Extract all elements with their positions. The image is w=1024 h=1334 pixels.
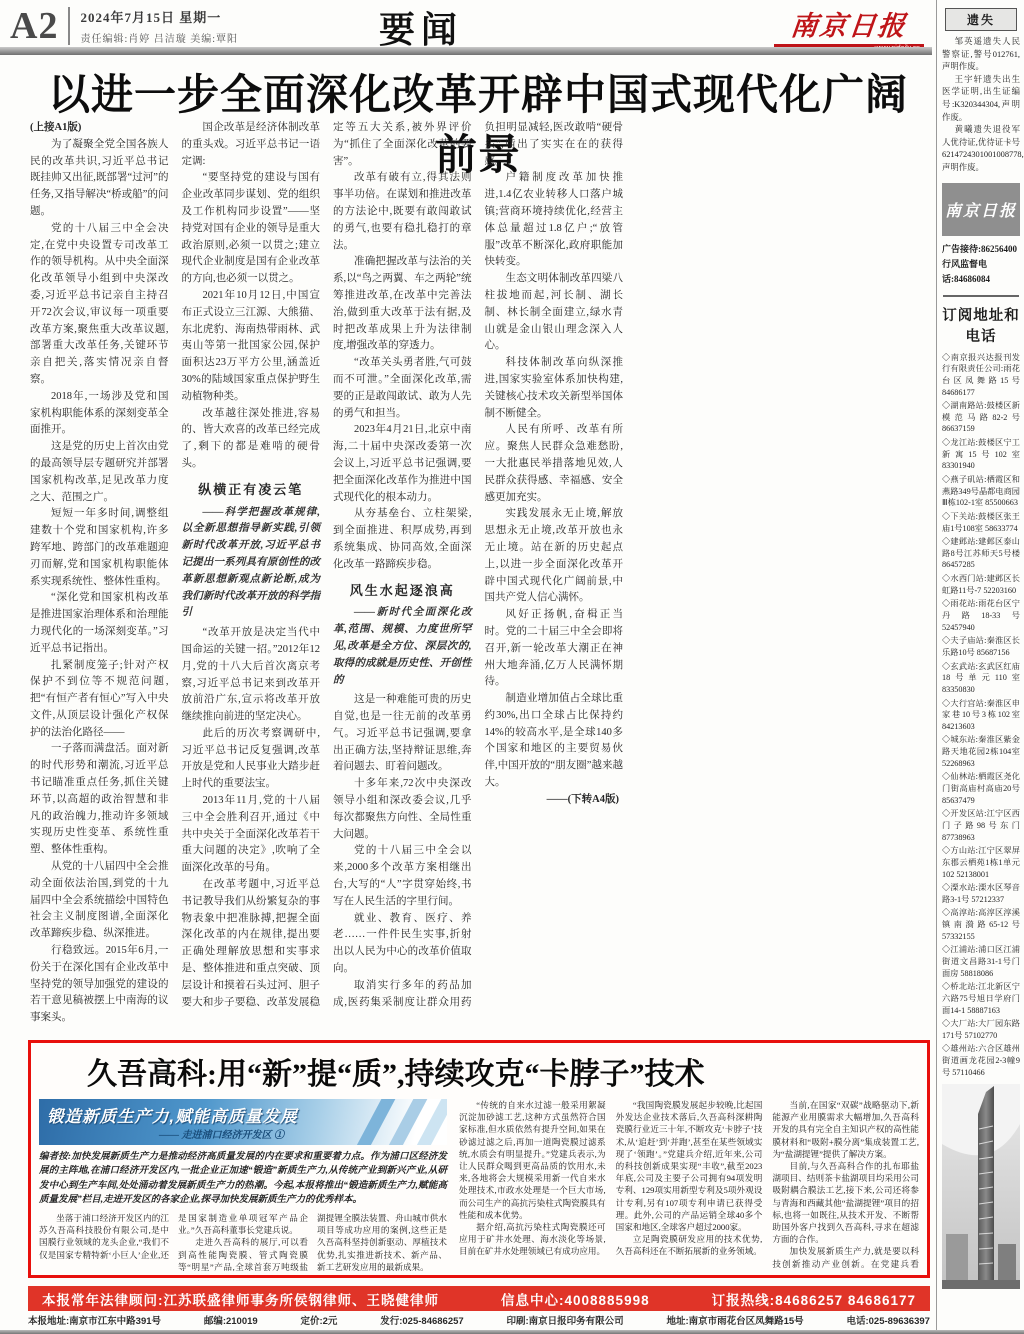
editor-note: 编者按:加快发展新质生产力是推动经济高质量发展的内在要求和重要着力点。作为浦口区… [39,1150,447,1207]
article-paragraph: 科技体制改革向纵深推进,国家实验室体系加快构建,关键核心技术攻关新型举国体制不断… [485,355,624,422]
article-paragraph: 十多年来,72次中央深改领导小组和深改委会议,几乎每次都聚焦方向性、全局性重大问… [333,776,472,843]
article-paragraph: 党的十八届三中全会以来,2000多个改革方案相继出台,大写的“人”字贯穿始终,书… [333,843,472,910]
station-entry: ◇大厂站:大厂园东路171号 57102770 [942,1018,1020,1041]
circulation-phone: 发行:025-84686257 [380,1313,463,1327]
article-paragraph: 党的十八届三中全会决定,在党中央设置专司改革工作的领导机构。从中央全面深化改革领… [30,221,169,389]
classifieds-sidebar: 遗失 邹英遥遗失人民警察证,警号012761,声明作废。王宇轩遗失出生医学证明,… [936,0,1024,1330]
article-paragraph: “深化党和国家机构改革是推进国家治理体系和治理能力现代化的一场深刻变革。”习近平… [30,590,169,657]
editor-note-label: 编者按: [39,1152,71,1162]
station-entry: ◇玄武站:玄武区红庙18号单元110室 83350830 [942,661,1020,696]
printing-company: 印刷:南京日报印务有限公司 [506,1313,623,1327]
article-paragraph: 这是党的历史上首次由党的最高领导层专题研究并部署国家机构改革,足见改革力度之大、… [30,439,169,506]
station-entry: ◇高淳站:高淳区淳溪镇南漪路65-12号 57332155 [942,907,1020,942]
lost-notice-title: 遗失 [945,8,1017,31]
feature-paragraph: “传统的自来水过滤一般采用絮凝沉淀加砂滤工艺,这种方式虽然符合国家标准,但水质依… [459,1099,606,1221]
station-entry: ◇南京报兴达报刊发行有限责任公司:雨花台区凤舞路15号 84686177 [942,352,1020,399]
feature-paragraph: 立足陶瓷膜研发应用的技术优势,久吾高科还在不断拓展新的业务领域。 [616,1233,763,1257]
page-bottom-bar [0,1330,1024,1334]
station-entry: ◇夫子庙站:秦淮区长乐路10号 85687156 [942,635,1020,658]
legal-counsel-text: 本报常年法律顾问:江苏联盛律师事务所侯钢律师、王晓健律师 [42,1289,439,1309]
article-paragraph: 这是一种难能可贵的历史自觉,也是一往无前的改革勇气。习近平总书记强调,要拿出正确… [333,692,472,776]
article-paragraph: 户籍制度改革加快推进,1.4亿农业转移人口落户城镇;营商环境持续优化,经营主体总… [485,170,624,271]
station-entry: ◇桥北站:江北新区宁六路75号旭日学府门面14-1 58887163 [942,981,1020,1016]
article-paragraph: 扎紧制度笼子;针对产权保护不到位等不规范问题,把“有恒产者有恒心”写入中央文件,… [30,658,169,742]
article-paragraph: “要坚持党的建设与国有企业改革同步谋划、党的组织及工作机构同步设置”——坚持党对… [182,170,321,288]
series-banner: 锻造新质生产力,赋能高质量发展 —— 走进浦口经济开发区 ① [39,1099,447,1145]
article-paragraph: “改革关头勇者胜,气可鼓而不可泄。”全面深化改革,需要的正是敢闯敢试、敢为人先的… [333,355,472,422]
feature-paragraph: 据介绍,高抗污染柱式陶瓷膜还可应用于矿井水处理、海水淡化等场景,目前在矿井水处理… [459,1221,606,1258]
feature-left-column: 锻造新质生产力,赋能高质量发展 —— 走进浦口经济开发区 ① 编者按:加快发展新… [39,1099,447,1278]
feature-left-text: 坐落于浦口经济开发区内的江苏久吾高科技股份有限公司,是中国膜行业领域的龙头企业,… [39,1212,447,1274]
station-entry: ◇龙江站:鼓楼区宁工新寓15号102室 83301940 [942,437,1020,472]
article-paragraph: 准确把握改革与法治的关系,以“鸟之两翼、车之两轮”统筹推进改革,在改革中完善法治… [333,254,472,355]
subscription-title: 订阅地址和电话 [942,304,1020,346]
section-title: 要闻 [0,2,842,53]
article-paragraph: 2023年4月21日,北京中南海,二十届中央深改委第一次会议上,习近平总书记强调… [333,422,472,506]
station-entry: ◇下关站:鼓楼区张王庙1号108室 58633774 [942,511,1020,534]
station-entry: ◇雨花站:雨花台区宁丹路18-33号 52457940 [942,598,1020,633]
section-lead: ——新时代全面深化改革,范围、规模、力度世所罕见,改革是全方位、深层次的,取得的… [333,605,472,689]
lost-notice-list: 邹英遥遗失人民警察证,警号012761,声明作废。王宇轩遗失出生医学证明,出生证… [942,36,1020,175]
feature-paragraph: “我国陶瓷膜发展起步较晚,比起国外发达企业技术落后,久吾高科深耕陶瓷膜行业近三十… [616,1099,763,1233]
station-entry: ◇城东站:秦淮区紫金路天地花园2栋104室 52268963 [942,734,1020,769]
article-paragraph: 制造业增加值占全球比重约30%,出口全球占比保持约14%的较高水平,是全球140… [485,691,624,792]
article-paragraph: “改革开放是决定当代中国命运的关键一招。”2012年12月,党的十八大后首次离京… [182,625,321,726]
masthead-logo: 南京日报 [772,4,926,43]
feature-right-column: “传统的自来水过滤一般采用絮凝沉淀加砂滤工艺,这种方式虽然符合国家标准,但水质依… [459,1099,919,1278]
article-paragraph: 改革越往深处推进,容易的、皆大欢喜的改革已经完成了,剩下的都是难啃的硬骨头。 [182,406,321,473]
footer-info-line: 本报地址:南京市江东中路391号 邮编:210019 定价:2元 发行:025-… [28,1313,930,1327]
info-center-phone: 信息中心:4008885998 [501,1289,650,1309]
feature-body: 锻造新质生产力,赋能高质量发展 —— 走进浦口经济开发区 ① 编者按:加快发展新… [39,1099,919,1278]
article-paragraph: 2021年10月12日,中国宣布正式设立三江源、大熊猫、东北虎豹、海南热带雨林、… [182,288,321,406]
station-entry: ◇开发区站:江宁区西门子路98号东门 87738963 [942,808,1020,843]
price: 定价:2元 [300,1313,337,1327]
lost-notice: 邹英遥遗失人民警察证,警号012761,声明作废。 [942,36,1020,74]
series-banner-title: 锻造新质生产力,赋能高质量发展 [47,1103,298,1127]
masthead: 南京日报 www.njdaily.cn [774,4,924,53]
station-entry: ◇大行宫站:秦淮区申家巷10号3栋102室 84213603 [942,698,1020,733]
lost-notice: 王宇轩遗失出生医学证明,出生证编号:K320344304,声明作废。 [942,74,1020,124]
station-entry: ◇雄州站:六合区雄州街道画龙花园2-3幢9号 57110466 [942,1043,1020,1078]
article-paragraph: 一子落而满盘活。面对新的时代形势和潮流,习近平总书记瞄准重点任务,抓住关键环节,… [30,741,169,859]
article-paragraph: 行稳致远。2015年6月,一份关于在深化国有企业改革中坚持党的领导加强党的建设的… [30,943,169,1027]
newspaper-page: A2 2024年7月15日 星期一 责任编辑:肖婷 吕洁璇 美编:覃阳 要闻 南… [0,0,1024,1334]
lost-notice: 黄曦遗失退役军人优待证,优待证卡号6214724301001008778,声明作… [942,124,1020,174]
series-banner-subtitle: —— 走进浦口经济开发区 ① [159,1126,284,1141]
header-divider-bar [0,47,932,55]
feature-headline: 久吾高科:用“新”提“质”,持续攻克“卡脖子”技术 [87,1049,919,1093]
subscription-hotline: 订报热线:84686257 84686177 [712,1289,916,1309]
sidebar-divider [943,295,1019,297]
ad-phone: 广告接待:86256400 [942,242,1020,257]
feature-paragraph: 目前,与久吾高科合作的扎布耶盐湖项目、结则茶卡盐湖项目均采用公司吸附耦合膜法工艺… [772,1160,919,1245]
article-paragraph: 风好正扬帆,奋楫正当时。党的二十届三中全会即将召开,新一轮改革大潮正在神州大地奔… [485,607,624,691]
editor-note-text: 加快发展新质生产力是推动经济高质量发展的内在要求和重要着力点。作为浦口区经济发展… [39,1152,447,1205]
postcode: 邮编:210019 [204,1313,258,1327]
station-entry: ◇湖南路站:鼓楼区新模范马路82-2号 86637159 [942,400,1020,435]
article-paragraph: 短短一年多时间,调整组建数十个党和国家机构,许多跨军地、跨部门的改革难题迎刃而解… [30,506,169,590]
section-lead: ——科学把握改革规律,以全新思想指导新实践,引领新时代改革开放,习近平总书记提出… [182,505,321,623]
article-paragraph: 人民有所呼、改革有所应。聚焦人民群众急难愁盼,一大批惠民举措落地见效,人民群众获… [485,422,624,506]
feature-article-box: 久吾高科:用“新”提“质”,持续攻克“卡脖子”技术 锻造新质生产力,赋能高质量发… [28,1040,930,1278]
article-paragraph: 从夯基垒台、立柱架梁,到全面推进、积厚成势,再到系统集成、协同高效,全面深化改革… [333,506,472,573]
station-entry: ◇建邺站:建邺区泰山路8号江苏师天5号楼 86457285 [942,536,1020,571]
feature-right-text: “传统的自来水过滤一般采用絮凝沉淀加砂滤工艺,这种方式虽然符合国家标准,但水质依… [459,1099,919,1278]
station-entry: ◇江浦站:浦口区江浦街道文昌路31-1号门面房 58818086 [942,944,1020,979]
sidebar-masthead-logo: 南京日报 [942,183,1020,236]
article-paragraph: 生态文明体制改革四梁八柱拔地而起,河长制、湖长制、林长制全面建立,绿水青山就是金… [485,271,624,355]
sidebar-phones: 广告接待:86256400 行风监督电话:84686084 [942,242,1020,288]
station-entry: ◇方山站:江宁区翠屏东郡云栖苑1栋1单元102 52138001 [942,845,1020,880]
printing-phone: 电话:025-89636397 [846,1313,929,1327]
paper-address: 本报地址:南京市江东中路391号 [28,1313,161,1327]
article-paragraph: 此后的历次考察调研中,习近平总书记反复强调,改革开放是党和人民事业大踏步赶上时代… [182,726,321,793]
station-entry: ◇溧水站:溧水区琴音路3-1号 57212337 [942,882,1020,905]
subscription-station-list: ◇南京报兴达报刊发行有限责任公司:雨花台区凤舞路15号 84686177◇湖南路… [942,352,1020,1079]
continuation-label: (上接A1版) [30,120,169,137]
article-paragraph: 实践发展永无止境,解放思想永无止境,改革开放也永无止境。站在新的历史起点上,以进… [485,506,624,607]
section-subhead: 纵横正有凌云笔 [182,480,321,501]
article-paragraph: 2013年11月,党的十八届三中全会胜利召开,通过《中共中央关于全面深化改革若干… [182,793,321,877]
page-header: A2 2024年7月15日 星期一 责任编辑:肖婷 吕洁璇 美编:覃阳 要闻 南… [0,0,932,46]
station-entry: ◇仙林站:栖霞区尧化门街高庙村高庙20号 85637479 [942,771,1020,806]
station-entry: ◇燕子矶站:栖霞区和燕路349号晶都电商园Ⅲ栋102-1室 85500663 [942,474,1020,509]
section-subhead: 风生水起逐浪高 [333,581,472,602]
feature-paragraph: 当前,在国家“双碳”战略驱动下,新能源产业用膜需求大幅增加,久吾高科开发的具有完… [772,1099,919,1160]
supervise-phone: 行风监督电话:84686084 [942,257,1020,288]
article-paragraph: 为了凝聚全党全国各族人民的改革共识,习近平总书记既挂帅又出征,既部署“过河”的任… [30,137,169,221]
article-paragraph: 国企改革是经济体制改革的重头戏。习近平总书记一语定调: [182,120,321,170]
building-photo [942,1084,1020,1289]
main-article-body: (上接A1版)为了凝聚全党全国各族人民的改革共识,习近平总书记既挂帅又出征,既部… [30,120,926,1028]
article-paragraph: 改革有破有立,得其法则事半功倍。在谋划和推进改革的方法论中,既要有敢闯敢试的勇气… [333,170,472,254]
printing-address: 地址:南京市雨花台区凤舞路15号 [666,1313,803,1327]
station-entry: ◇水西门站:建邺区长虹路11号-7 52203160 [942,573,1020,596]
article-paragraph: 就业、教育、医疗、养老……一件件民生实事,折射出以人民为中心的改革价值取向。 [333,911,472,978]
legal-banner: 本报常年法律顾问:江苏联盛律师事务所侯钢律师、王晓健律师 信息中心:400888… [28,1286,930,1311]
continuation-label: ——(下转A4版) [485,792,624,809]
article-paragraph: 2018年,一场涉及党和国家机构职能体系的深刻变革全面推开。 [30,389,169,439]
article-paragraph: 从党的十八届四中全会推动全面依法治国,到党的十九届四中全会系统描绘中国特色社会主… [30,859,169,943]
